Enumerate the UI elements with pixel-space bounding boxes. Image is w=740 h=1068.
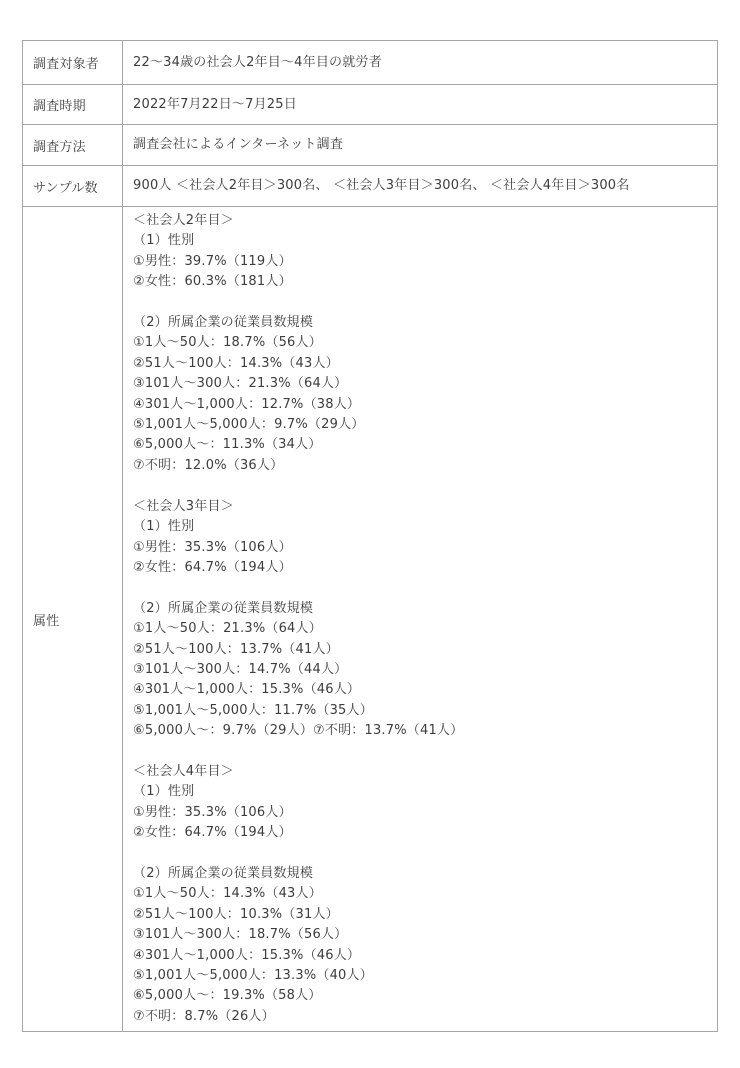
cell-text-line: ⑦不明：8.7%（26人）	[133, 1007, 707, 1027]
row-value-method: 調査会社によるインターネット調査	[123, 125, 718, 166]
table-row-attributes: 属性 ＜社会人2年目＞（1）性別①男性：39.7%（119人）②女性：60.3%…	[23, 207, 718, 1032]
row-value-attributes: ＜社会人2年目＞（1）性別①男性：39.7%（119人）②女性：60.3%（18…	[123, 207, 718, 1032]
cell-text-line: ①1人～50人：14.3%（43人）	[133, 884, 707, 904]
row-label-text: 属性	[33, 610, 59, 629]
cell-text-line: ②女性：64.7%（194人）	[133, 823, 707, 843]
cell-text-line: ②女性：60.3%（181人）	[133, 272, 707, 292]
cell-text-line: 22～34歳の社会人2年目～4年目の就労者	[133, 54, 707, 72]
cell-text-line	[133, 476, 707, 496]
row-label-text: サンプル数	[33, 177, 98, 196]
cell-text-line	[133, 293, 707, 313]
cell-text-line: （1）性別	[133, 517, 707, 537]
cell-text-line: 2022年7月22日～7月25日	[133, 96, 707, 114]
cell-text-line: （2）所属企業の従業員数規模	[133, 599, 707, 619]
row-value-period: 2022年7月22日～7月25日	[123, 85, 718, 125]
cell-text-line	[133, 578, 707, 598]
cell-text-line: ②51人～100人：10.3%（31人）	[133, 905, 707, 925]
cell-text-line: ＜社会人4年目＞	[133, 762, 707, 782]
row-label-target: 調査対象者	[23, 41, 123, 85]
cell-text-line: ⑤1,001人～5,000人：9.7%（29人）	[133, 415, 707, 435]
cell-text-line: ＜社会人3年目＞	[133, 497, 707, 517]
cell-text-line: ⑤1,001人～5,000人：11.7%（35人）	[133, 701, 707, 721]
cell-text-line	[133, 844, 707, 864]
cell-text-line: ①男性：39.7%（119人）	[133, 252, 707, 272]
cell-text-line: ⑦不明：12.0%（36人）	[133, 456, 707, 476]
row-value-sample-size: 900人 ＜社会人2年目＞300名、 ＜社会人3年目＞300名、 ＜社会人4年目…	[123, 166, 718, 207]
cell-text-line: ①1人～50人：18.7%（56人）	[133, 333, 707, 353]
cell-text-line: ⑥5,000人～：11.3%（34人）	[133, 435, 707, 455]
cell-text-line: ⑤1,001人～5,000人：13.3%（40人）	[133, 966, 707, 986]
survey-info-table: 調査対象者 22～34歳の社会人2年目～4年目の就労者 調査時期 2022年7月…	[22, 40, 718, 1032]
cell-text-line: （2）所属企業の従業員数規模	[133, 864, 707, 884]
row-label-attributes: 属性	[23, 207, 123, 1032]
cell-text-line: （1）性別	[133, 782, 707, 802]
cell-text-line	[133, 742, 707, 762]
table-row-method: 調査方法 調査会社によるインターネット調査	[23, 125, 718, 166]
cell-text-line: ①男性：35.3%（106人）	[133, 538, 707, 558]
cell-text-line: ②51人～100人：14.3%（43人）	[133, 354, 707, 374]
cell-text-line: ④301人～1,000人：15.3%（46人）	[133, 680, 707, 700]
row-value-target: 22～34歳の社会人2年目～4年目の就労者	[123, 41, 718, 85]
row-label-period: 調査時期	[23, 85, 123, 125]
table-row-sample-size: サンプル数 900人 ＜社会人2年目＞300名、 ＜社会人3年目＞300名、 ＜…	[23, 166, 718, 207]
survey-table-body: 調査対象者 22～34歳の社会人2年目～4年目の就労者 調査時期 2022年7月…	[23, 41, 718, 1032]
row-label-text: 調査時期	[33, 95, 86, 114]
table-row-target: 調査対象者 22～34歳の社会人2年目～4年目の就労者	[23, 41, 718, 85]
row-label-method: 調査方法	[23, 125, 123, 166]
cell-text-line: ＜社会人2年目＞	[133, 211, 707, 231]
table-row-period: 調査時期 2022年7月22日～7月25日	[23, 85, 718, 125]
row-label-text: 調査対象者	[33, 53, 99, 72]
cell-text-line: ④301人～1,000人：12.7%（38人）	[133, 395, 707, 415]
page: 調査対象者 22～34歳の社会人2年目～4年目の就労者 調査時期 2022年7月…	[0, 0, 740, 1068]
cell-text-line: ①1人～50人：21.3%（64人）	[133, 619, 707, 639]
row-label-text: 調査方法	[33, 136, 86, 155]
cell-text-line: ⑥5,000人～：19.3%（58人）	[133, 986, 707, 1006]
row-label-sample-size: サンプル数	[23, 166, 123, 207]
cell-text-line: ②51人～100人：13.7%（41人）	[133, 640, 707, 660]
cell-text-line: ⑥5,000人～：9.7%（29人）⑦不明：13.7%（41人）	[133, 721, 707, 741]
cell-text-line: ③101人～300人：18.7%（56人）	[133, 925, 707, 945]
cell-text-line: ②女性：64.7%（194人）	[133, 558, 707, 578]
cell-text-line: 調査会社によるインターネット調査	[133, 136, 707, 154]
cell-text-line: 900人 ＜社会人2年目＞300名、 ＜社会人3年目＞300名、 ＜社会人4年目…	[133, 177, 707, 195]
cell-text-line: ③101人～300人：21.3%（64人）	[133, 374, 707, 394]
cell-text-line: ③101人～300人：14.7%（44人）	[133, 660, 707, 680]
cell-text-line: ①男性：35.3%（106人）	[133, 803, 707, 823]
cell-text-line: （1）性別	[133, 231, 707, 251]
cell-text-line: （2）所属企業の従業員数規模	[133, 313, 707, 333]
cell-text-line: ④301人～1,000人：15.3%（46人）	[133, 946, 707, 966]
